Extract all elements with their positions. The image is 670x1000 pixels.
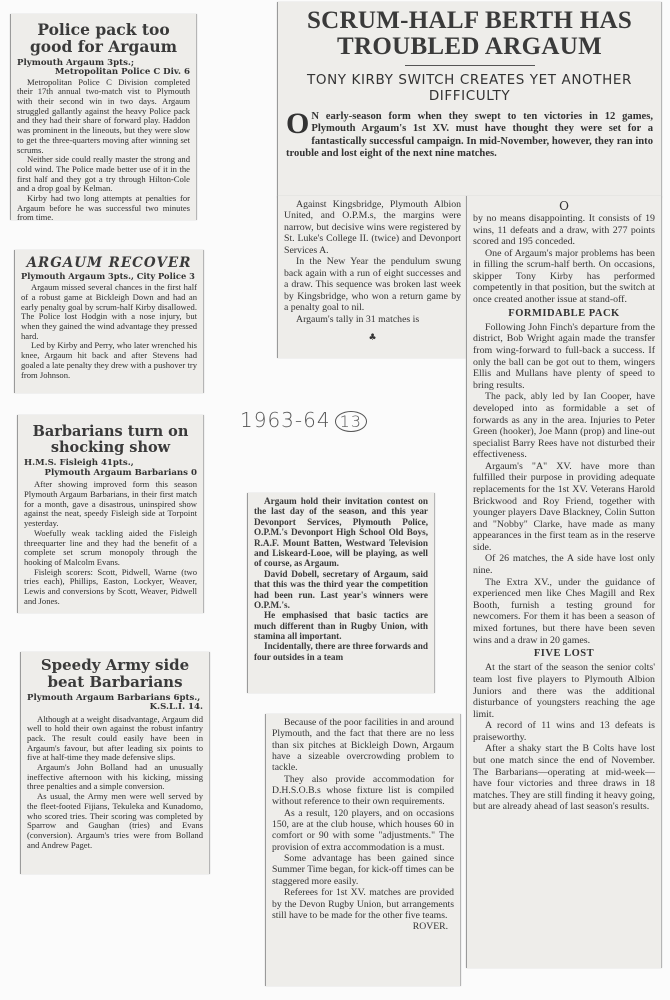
ornament-icon: ♣: [284, 333, 461, 343]
paragraph: Led by Kirby and Perry, who later wrench…: [21, 341, 197, 380]
paragraph: Of 26 matches, the A side have lost only…: [473, 553, 655, 576]
score-line: H.M.S. Fisleigh 41pts., Plymouth Argaum …: [24, 459, 197, 478]
clipping-police-pack: Police pack too good for Argaum Plymouth…: [10, 14, 197, 220]
season-label: 1963-64: [240, 408, 331, 432]
paragraph: Woefully weak tackling aided the Fisleig…: [24, 529, 197, 568]
paragraph: Because of the poor facilities in and ar…: [272, 717, 454, 774]
paragraph: Kirby had two long attempts at penalties…: [17, 194, 190, 223]
paragraph: Incidentally, there are three forwards a…: [254, 641, 428, 662]
paragraph: Metropolitan Police C Division completed…: [17, 78, 190, 156]
article-body: Argaum missed several chances in the fir…: [21, 283, 197, 380]
paragraph: David Dobell, secretary of Argaum, said …: [254, 569, 428, 611]
subheading-formidable-pack: FORMIDABLE PACK: [473, 308, 655, 320]
paragraph: Fisleigh scorers: Scott, Pidwell, Warne …: [24, 568, 197, 607]
divider: [405, 65, 535, 66]
paragraph: They also provide accommodation for D.H.…: [272, 774, 454, 808]
article-body: Argaum hold their invitation contest on …: [254, 496, 428, 662]
paragraph: Neither side could really master the str…: [17, 155, 190, 194]
article-body: Metropolitan Police C Division completed…: [17, 78, 190, 224]
drop-cap: O: [286, 111, 309, 137]
paragraph: At the start of the season the senior co…: [473, 662, 655, 720]
headline: Police pack too good for Argaum: [21, 21, 186, 56]
lead-paragraph: ON early-season form when they swept to …: [286, 111, 653, 160]
paragraph: Some advantage has been gained since Sum…: [272, 853, 454, 887]
paragraph: Against Kingsbridge, Plymouth Albion Uni…: [284, 199, 461, 256]
page-number: 13: [335, 411, 367, 432]
clipping-barbarians-shocking: Barbarians turn on shocking show H.M.S. …: [17, 415, 204, 613]
paragraph: After showing improved form this season …: [24, 480, 197, 529]
byline: ROVER.: [272, 921, 454, 932]
score-away: K.S.L.I. 14.: [27, 703, 203, 712]
headline: Barbarians turn on shocking show: [30, 424, 191, 456]
paragraph: The pack, ably led by Ian Cooper, have d…: [473, 391, 655, 460]
paragraph: Argaum's John Bolland had an unusually i…: [27, 763, 203, 792]
score-away: Plymouth Argaum Barbarians 0: [24, 469, 197, 478]
paragraph: Following John Finch's departure from th…: [473, 322, 655, 391]
clipping-speedy-army: Speedy Army side beat Barbarians Plymout…: [20, 652, 210, 874]
score-line: Plymouth Argaum Barbarians 6pts., K.S.L.…: [27, 694, 203, 713]
paragraph: A record of 11 wins and 13 defeats is pr…: [473, 720, 655, 743]
score-line: Plymouth Argaum 3pts., City Police 3: [21, 272, 197, 281]
article-body: Because of the poor facilities in and ar…: [272, 717, 454, 933]
main-column-2: O by no means disappointing. It consists…: [466, 196, 662, 968]
paragraph: After a shaky start the B Colts have los…: [473, 743, 655, 812]
article-body: by no means disappointing. It consists o…: [473, 213, 655, 813]
subheading-five-lost: FIVE LOST: [473, 648, 655, 660]
headline: Speedy Army side beat Barbarians: [37, 657, 193, 691]
paragraph: One of Argaum's major problems has been …: [473, 248, 655, 306]
lead-text: N early-season form when they swept to t…: [286, 111, 653, 159]
article-body: Against Kingsbridge, Plymouth Albion Uni…: [284, 199, 461, 325]
paragraph: Argaum hold their invitation contest on …: [254, 496, 428, 569]
headline: ARGAUM RECOVER: [21, 256, 197, 271]
paragraph: The Extra XV., under the guidance of exp…: [473, 577, 655, 646]
article-body: Although at a weight disadvantage, Argau…: [27, 715, 203, 851]
main-subheadline: TONY KIRBY SWITCH CREATES YET ANOTHER DI…: [286, 72, 653, 106]
main-headline: SCRUM-HALF BERTH HAS TROUBLED ARGAUM: [286, 8, 653, 61]
paragraph: Argaum missed several chances in the fir…: [21, 283, 197, 341]
article-body: After showing improved form this season …: [24, 480, 197, 606]
paragraph: Referees for 1st XV. matches are provide…: [272, 887, 454, 921]
main-column-1: Against Kingsbridge, Plymouth Albion Uni…: [277, 196, 467, 358]
paragraph: In the New Year the pendulum swung back …: [284, 256, 461, 313]
paragraph: He emphasised that basic tactics are muc…: [254, 610, 428, 641]
paragraph: As usual, the Army men were well served …: [27, 792, 203, 850]
clipping-invitation-contest: Argaum hold their invitation contest on …: [247, 493, 435, 693]
clipping-facilities: Because of the poor facilities in and ar…: [265, 714, 461, 986]
paragraph: Although at a weight disadvantage, Argau…: [27, 715, 203, 764]
clipping-scrum-half-berth: SCRUM-HALF BERTH HAS TROUBLED ARGAUM TON…: [277, 2, 662, 198]
score-line: Plymouth Argaum 3pts.; Metropolitan Poli…: [17, 59, 190, 78]
paragraph: Argaum's "A" XV. have more than fulfille…: [473, 461, 655, 554]
handwritten-season-note: 1963-6413: [240, 408, 367, 432]
ornament-circle: O: [473, 199, 655, 213]
paragraph: Argaum's tally in 31 matches is: [284, 314, 461, 325]
paragraph: by no means disappointing. It consists o…: [473, 213, 655, 248]
clipping-argaum-recover: ARGAUM RECOVER Plymouth Argaum 3pts., Ci…: [14, 250, 204, 393]
paragraph: As a result, 120 players, and on occasio…: [272, 808, 454, 853]
